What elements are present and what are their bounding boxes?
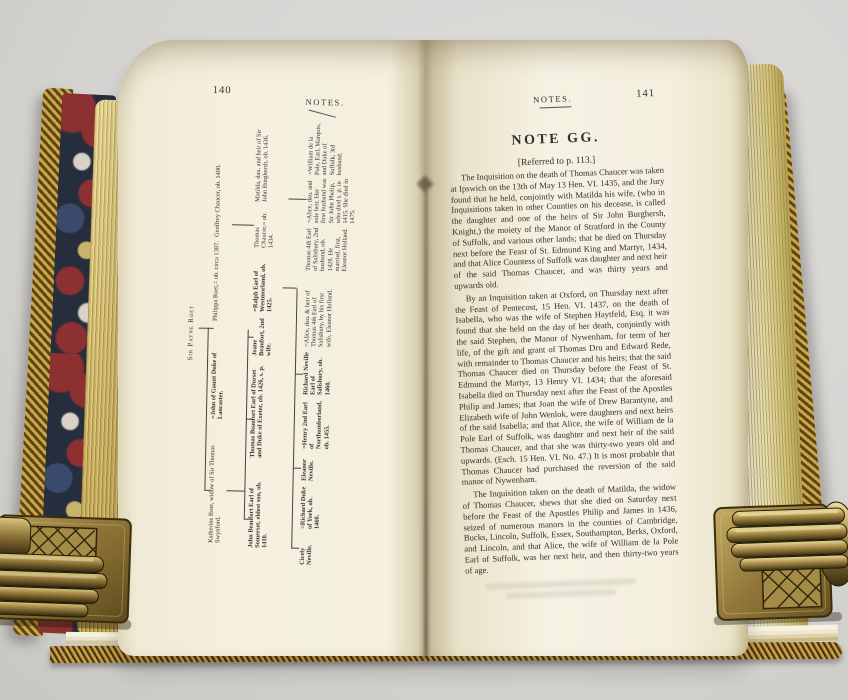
right-running-head: NOTES. [533,93,572,104]
pedigree-entry-thomas-beaufort: Thomas Beaufort Earl of Dorset and Duke … [249,364,265,458]
pedigree-connector-line [293,468,301,469]
right-page-header: NOTES. 141 [447,90,661,114]
pedigree-entry-thomas-4th-salisbury: Thomas 4th Earl of Salisbury, 2nd husban… [305,225,349,272]
note-title: NOTE GG. [448,128,662,152]
pedigree-entry-joane-beaufort: Joane Beaufort, 2nd wife. [251,314,273,356]
pedigree-entry-geoffrey-chaucer: Geoffrey Chaucer, ob. 1400. [214,155,223,237]
pedigree-entry-cicely-neville: Cicely Neville. [299,531,314,565]
pedigree-connector-line [199,328,208,329]
pedigree-entry-sir-payne-roet: Sir Payne Roet [187,282,196,360]
pedigree-connector-line [204,490,210,491]
pedigree-connector-line [283,287,297,288]
brass-hand-clasp-right [708,496,848,631]
left-running-head-rule [309,109,336,117]
paragraph-inquisition-isabella: By an Inquisition taken at Oxford, on Th… [455,285,676,487]
paragraph-inquisition-matilda: The Inquisition taken on the death of Ma… [462,482,679,577]
pedigree-entry-william-de-la-pole: =William de la Pole, Earl, Marquis, and … [307,123,344,176]
right-page-number: 141 [636,88,655,100]
pedigree-entry-eleanor-neville: Eleanor Neville. [301,451,316,481]
pedigree-chart: Sir Payne Roet Katherine Roet, widow of … [183,118,387,572]
show-through-text [466,577,680,601]
pedigree-entry-john-of-gaunt: =John of Gaunt Duke of Lancaster. [210,327,226,419]
page-140: 140 NOTES. Sir Payne Roet Katherine Roet… [161,78,465,659]
pedigree-connector-line [248,337,254,338]
pedigree-entry-thomas-chaucer: Thomas Chaucer,= ob. 1434. [253,204,276,248]
pedigree-connector-line [226,490,244,491]
pedigree-connector-line [291,289,297,549]
page-141: NOTES. 141 NOTE GG. [Referred to p. 113.… [447,90,680,605]
paragraph-inquisition-thomas-chaucer: The Inquisition on the death of Thomas C… [450,165,668,292]
pedigree-connector-line [295,374,303,375]
pedigree-connector-line [208,328,214,329]
left-running-head: NOTES. [305,97,344,108]
pedigree-entry-ralph-westmorland: =Ralph Earl of Westmorland, ob. 1425. [252,252,275,312]
right-running-head-rule [539,106,571,108]
pedigree-entry-alice-of-salisbury: =Alice, dau. & heir of Thomas 4th Earl o… [303,283,333,348]
open-book-pages: 140 NOTES. Sir Payne Roet Katherine Roet… [118,40,748,656]
brass-hand-clasp-left [0,465,167,636]
pedigree-chart-rotated: Sir Payne Roet Katherine Roet, widow of … [183,118,387,577]
pedigree-entry-richard-duke-of-york: =Richard Duke of York, ob. 1460. [300,485,323,529]
pedigree-entry-john-beaufort: John Beaufort Earl of Somerset, eldest s… [247,468,270,548]
pedigree-connector-line [246,419,252,420]
pedigree-connector-line [232,224,254,225]
pedigree-connector-line [244,519,250,520]
left-page-number: 140 [213,85,232,96]
pedigree-entry-alice-sole-heir: =Alice, dau. and sole heir. Her first hu… [306,177,357,224]
pedigree-entry-philippa-roet: Philippa Roet,= ob. circa 1387. [212,241,221,321]
pedigree-connector-line [288,198,306,199]
pedigree-entry-henry-northumberland: =Henry 2nd Earl of Northumberland, ob. 1… [301,399,331,450]
pedigree-connector-line [291,548,299,549]
pedigree-entry-richard-neville: Richard Neville Earl of Salisbury, ob. 1… [302,349,332,396]
pedigree-entry-matilda: Matilda, dau. and heir of Sir John Burgh… [254,122,270,202]
